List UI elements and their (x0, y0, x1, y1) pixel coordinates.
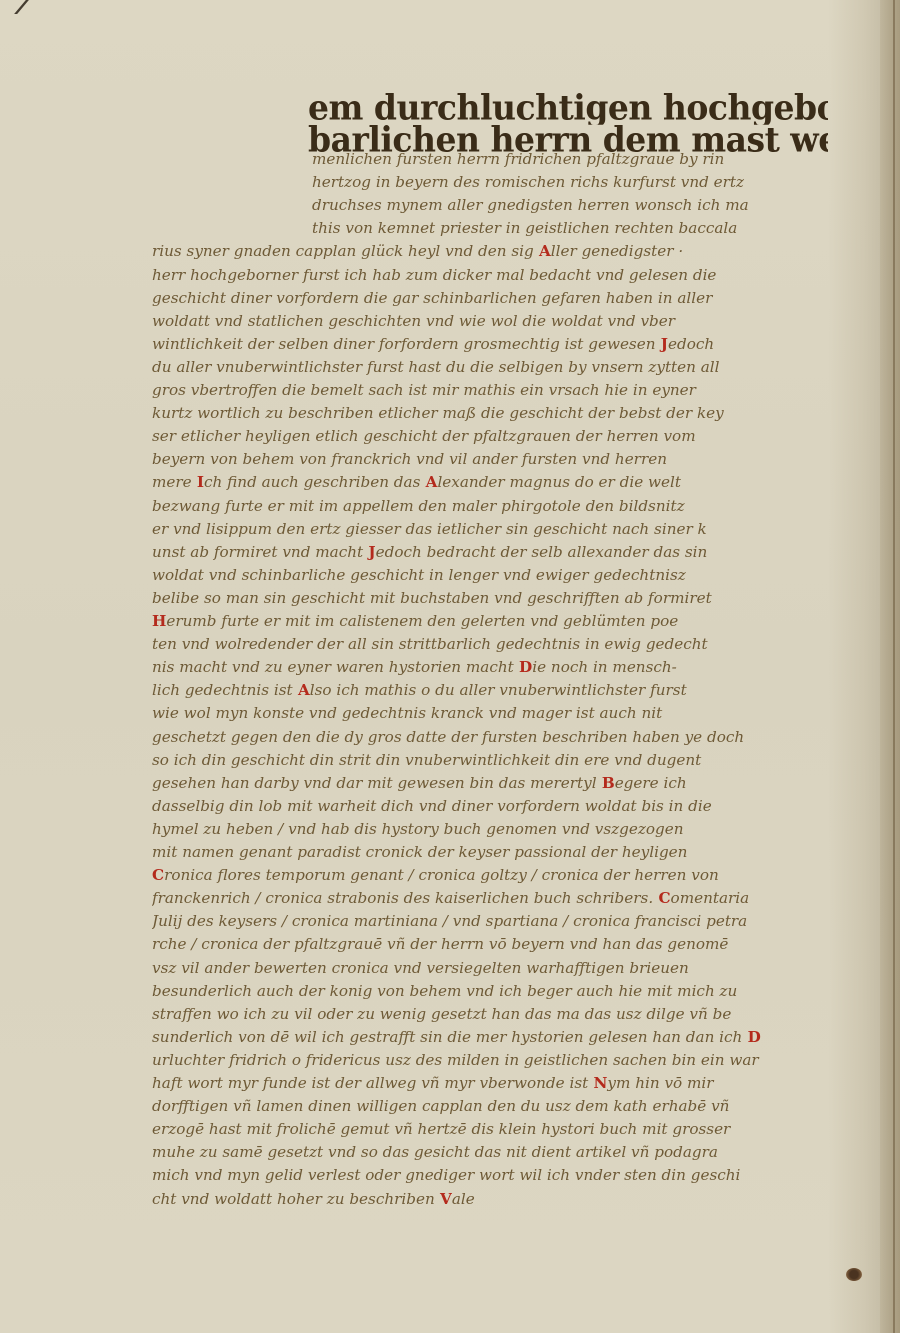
line-text: cht vnd woldatt hoher zu beschriben (152, 1190, 435, 1208)
text-line: bezwang furte er mit im appellem den mal… (152, 495, 822, 518)
text-line: menlichen fursten herrn fridrichen pfalt… (312, 148, 822, 171)
corner-ink-mark (0, 0, 29, 14)
text-line: dasselbig din lob mit warheit dich vnd d… (152, 795, 822, 818)
rubricated-initial: A (420, 473, 437, 491)
line-text: geschicht diner vorfordern die gar schin… (152, 289, 712, 307)
text-line: dorfftigen vñ lamen dinen willigen cappl… (152, 1095, 822, 1118)
text-line: lich gedechtnis ist Also ich mathis o du… (152, 679, 822, 702)
rubricated-initial: C (653, 889, 670, 907)
rubricated-initial: A (293, 681, 310, 699)
line-text-after-rubric: ie noch in mensch- (532, 658, 677, 676)
line-text-after-rubric: ronica flores temporum genant / cronica … (164, 866, 719, 884)
line-text: er vnd lisippum den ertz giesser das iet… (152, 520, 707, 538)
line-text: hymel zu heben / vnd hab dis hystory buc… (152, 820, 684, 838)
text-line: so ich din geschicht din strit din vnube… (152, 749, 822, 772)
line-text: belibe so man sin geschicht mit buchstab… (152, 589, 712, 607)
text-line: mere Ich find auch geschriben das Alexan… (152, 471, 822, 494)
rubricated-initial: I (192, 473, 204, 491)
line-text-after-rubric: edoch (668, 335, 714, 353)
line-text-after-rubric: omentaria (671, 889, 750, 907)
page-edge (880, 0, 900, 1333)
text-line: vsz vil ander bewerten cronica vnd versi… (152, 957, 822, 980)
line-text-after-rubric: ch find auch geschriben das (204, 473, 420, 491)
rubricated-initial: H (152, 612, 166, 630)
line-text-after-rubric: egere ich (615, 774, 687, 792)
rubricated-initial: V (435, 1190, 452, 1208)
text-line: cht vnd woldatt hoher zu beschriben Vale (152, 1188, 822, 1211)
rubricated-initial: C (152, 866, 164, 884)
line-text-after-rubric: ale (452, 1190, 475, 1208)
text-line: belibe so man sin geschicht mit buchstab… (152, 587, 822, 610)
line-text: dasselbig din lob mit warheit dich vnd d… (152, 797, 712, 815)
line-text: besunderlich auch der konig von behem vn… (152, 982, 737, 1000)
line-text: woldat vnd schinbarliche geschicht in le… (152, 566, 686, 584)
line-text: muhe zu samē gesetzt vnd so das gesicht … (152, 1143, 718, 1161)
text-line: gesehen han darby vnd dar mit gewesen bi… (152, 772, 822, 795)
text-line: erzogē hast mit frolichē gemut vñ hertzē… (152, 1118, 822, 1141)
line-text: gros vbertroffen die bemelt sach ist mir… (152, 381, 696, 399)
text-line: woldat vnd schinbarliche geschicht in le… (152, 564, 822, 587)
text-line: hymel zu heben / vnd hab dis hystory buc… (152, 818, 822, 841)
text-line: mich vnd myn gelid verlest oder gnediger… (152, 1164, 822, 1187)
text-line: sunderlich von dē wil ich gestrafft sin … (152, 1026, 822, 1049)
text-line: haft wort myr funde ist der allweg vñ my… (152, 1072, 822, 1095)
line-text-after-rubric: edoch bedracht der selb allexander das s… (376, 543, 708, 561)
rubricated-initial: N (588, 1074, 607, 1092)
text-line: geschetzt gegen den die dy gros datte de… (152, 726, 822, 749)
text-line: franckenrich / cronica strabonis des kai… (152, 887, 822, 910)
line-text: dorfftigen vñ lamen dinen willigen cappl… (152, 1097, 729, 1115)
text-line: ten vnd wolredender der all sin strittba… (152, 633, 822, 656)
line-text: menlichen fursten herrn fridrichen pfalt… (312, 150, 724, 168)
line-text: wintlichkeit der selben diner forfordern… (152, 335, 656, 353)
line-text: mich vnd myn gelid verlest oder gnediger… (152, 1166, 740, 1184)
line-text: this von kemnet priester in geistlichen … (312, 219, 737, 237)
text-line: straffen wo ich zu vil oder zu wenig ges… (152, 1003, 822, 1026)
text-line: besunderlich auch der konig von behem vn… (152, 980, 822, 1003)
text-line: woldatt vnd statlichen geschichten vnd w… (152, 310, 822, 333)
line-text: Julij des keysers / cronica martiniana /… (152, 912, 747, 930)
text-line: wintlichkeit der selben diner forfordern… (152, 333, 822, 356)
text-line: unst ab formiret vnd macht Jedoch bedrac… (152, 541, 822, 564)
line-text: ten vnd wolredender der all sin strittba… (152, 635, 708, 653)
line-text: hertzog in beyern des romischen richs ku… (312, 173, 744, 191)
line-text: ser etlicher heyligen etlich geschicht d… (152, 427, 696, 445)
line-text: herr hochgeborner furst ich hab zum dick… (152, 266, 716, 284)
text-line: mit namen genant paradist cronick der ke… (152, 841, 822, 864)
line-text: urluchter fridrich o fridericus usz des … (152, 1051, 759, 1069)
line-text-after-rubric: ym hin vō mir (607, 1074, 713, 1092)
text-line: ser etlicher heyligen etlich geschicht d… (152, 425, 822, 448)
line-text: straffen wo ich zu vil oder zu wenig ges… (152, 1005, 731, 1023)
text-line: beyern von behem von franckrich vnd vil … (152, 448, 822, 471)
line-text: so ich din geschicht din strit din vnube… (152, 751, 701, 769)
line-text: du aller vnuberwintlichster furst hast d… (152, 358, 720, 376)
line-text: rche / cronica der pfaltzgrauē vñ der he… (152, 935, 728, 953)
rubricated-initial: A (534, 242, 551, 260)
line-text: wie wol myn konste vnd gedechtnis kranck… (152, 704, 662, 722)
rubricated-initial: D (514, 658, 532, 676)
heading: em durchluchtigen hochgebornē strit barl… (308, 92, 828, 156)
rubricated-initial: B (597, 774, 615, 792)
line-text: druchses mynem aller gnedigsten herren w… (312, 196, 749, 214)
line-text-after-rubric: lso ich mathis o du aller vnuberwintlich… (310, 681, 687, 699)
line-text-after-rubric: lexander magnus do er die welt (437, 473, 681, 491)
line-text: franckenrich / cronica strabonis des kai… (152, 889, 653, 907)
text-line: gros vbertroffen die bemelt sach ist mir… (152, 379, 822, 402)
line-text: mit namen genant paradist cronick der ke… (152, 843, 687, 861)
rubricated-initial: J (656, 335, 668, 353)
text-line: rche / cronica der pfaltzgrauē vñ der he… (152, 933, 822, 956)
line-text: beyern von behem von franckrich vnd vil … (152, 450, 667, 468)
line-text: erzogē hast mit frolichē gemut vñ hertzē… (152, 1120, 730, 1138)
text-line: Julij des keysers / cronica martiniana /… (152, 910, 822, 933)
text-line: this von kemnet priester in geistlichen … (312, 217, 822, 240)
text-line: hertzog in beyern des romischen richs ku… (312, 171, 822, 194)
manuscript-page: em durchluchtigen hochgebornē strit barl… (0, 0, 900, 1333)
line-text: vsz vil ander bewerten cronica vnd versi… (152, 959, 689, 977)
line-text: mere (152, 473, 192, 491)
text-line: wie wol myn konste vnd gedechtnis kranck… (152, 702, 822, 725)
text-line: geschicht diner vorfordern die gar schin… (152, 287, 822, 310)
text-line: er vnd lisippum den ertz giesser das iet… (152, 518, 822, 541)
text-line: Herumb furte er mit im calistenem den ge… (152, 610, 822, 633)
binding-edge-line (893, 0, 895, 1333)
ink-stain (846, 1268, 862, 1281)
line-text: gesehen han darby vnd dar mit gewesen bi… (152, 774, 597, 792)
line-text-after-rubric: ller genedigster · (551, 242, 683, 260)
text-line: du aller vnuberwintlichster furst hast d… (152, 356, 822, 379)
text-line: rius syner gnaden capplan glück heyl vnd… (152, 240, 822, 263)
rubricated-initial: D (742, 1028, 760, 1046)
line-text: lich gedechtnis ist (152, 681, 293, 699)
text-line: urluchter fridrich o fridericus usz des … (152, 1049, 822, 1072)
text-line: muhe zu samē gesetzt vnd so das gesicht … (152, 1141, 822, 1164)
line-text: bezwang furte er mit im appellem den mal… (152, 497, 685, 515)
text-line: Cronica flores temporum genant / cronica… (152, 864, 822, 887)
line-text: sunderlich von dē wil ich gestrafft sin … (152, 1028, 742, 1046)
line-text-after-rubric: erumb furte er mit im calistenem den gel… (166, 612, 678, 630)
line-text: haft wort myr funde ist der allweg vñ my… (152, 1074, 588, 1092)
text-line: druchses mynem aller gnedigsten herren w… (312, 194, 822, 217)
line-text: kurtz wortlich zu beschriben etlicher ma… (152, 404, 724, 422)
text-line: nis macht vnd zu eyner waren hystorien m… (152, 656, 822, 679)
line-text: geschetzt gegen den die dy gros datte de… (152, 728, 744, 746)
text-line: kurtz wortlich zu beschriben etlicher ma… (152, 402, 822, 425)
text-line: herr hochgeborner furst ich hab zum dick… (152, 264, 822, 287)
line-text: rius syner gnaden capplan glück heyl vnd… (152, 242, 534, 260)
heading-line-1: em durchluchtigen hochgebornē strit (308, 91, 828, 125)
line-text: woldatt vnd statlichen geschichten vnd w… (152, 312, 675, 330)
rubricated-initial: J (363, 543, 375, 561)
line-text: nis macht vnd zu eyner waren hystorien m… (152, 658, 514, 676)
line-text: unst ab formiret vnd macht (152, 543, 363, 561)
